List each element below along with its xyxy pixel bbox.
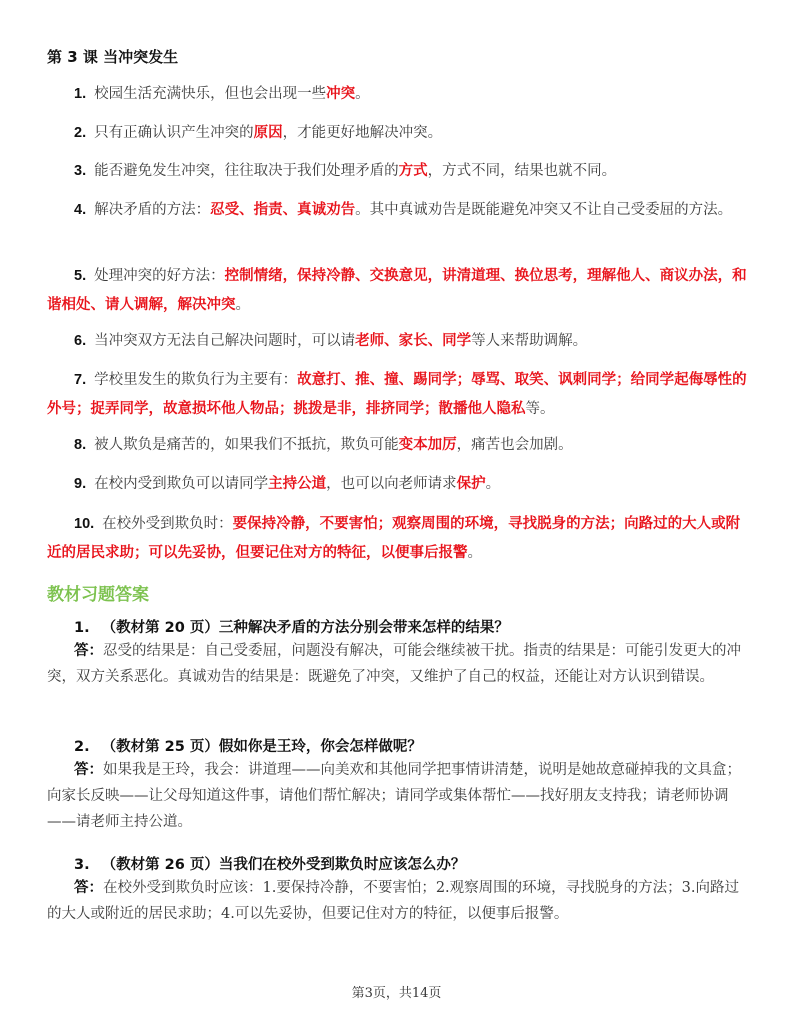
point-text: 只有正确认识产生冲突的 <box>94 125 254 141</box>
point-number: 3. <box>74 163 86 179</box>
point-number: 5. <box>74 268 86 284</box>
exercise-question-2: 2.（教材第 25 页）假如你是王玲，你会怎样做呢？ <box>74 735 754 756</box>
point-number: 2. <box>74 125 86 141</box>
answer-label: 答： <box>74 643 103 659</box>
point-text: 当冲突双方无法自己解决问题时，可以请 <box>94 333 355 349</box>
point-number: 8. <box>74 437 86 453</box>
point-text: ，也可以向老师请求 <box>326 476 457 492</box>
key-term: 变本加厉 <box>399 437 457 453</box>
point-3: 3.能否避免发生冲突，往往取决于我们处理矛盾的方式，方式不同，结果也就不同。 <box>47 157 747 186</box>
exercise-answer-1: 答：忍受的结果是：自己受委屈，问题没有解决，可能会继续被干扰。指责的结果是：可能… <box>47 638 752 690</box>
answer-text: 在校外受到欺负时应该：1.要保持冷静，不要害怕；2.观察周围的环境，寻找脱身的方… <box>47 880 739 922</box>
key-term: 方式 <box>399 163 428 179</box>
point-number: 6. <box>74 333 86 349</box>
point-text: 。 <box>355 86 370 102</box>
point-1: 1.校园生活充满快乐，但也会出现一些冲突。 <box>47 80 747 109</box>
point-number: 4. <box>74 202 86 218</box>
answer-label: 答： <box>74 880 103 896</box>
point-number: 9. <box>74 476 86 492</box>
point-text: 。其中真诚劝告是既能避免冲突又不让自己受委屈的方法。 <box>355 202 732 218</box>
point-text: ，才能更好地解决冲突。 <box>283 125 443 141</box>
point-text: 校园生活充满快乐，但也会出现一些 <box>94 86 326 102</box>
question-number: 3. <box>74 857 90 873</box>
question-text: （教材第 26 页）当我们在校外受到欺负时应该怎么办？ <box>102 857 466 873</box>
question-text: （教材第 25 页）假如你是王玲，你会怎样做呢？ <box>102 739 422 755</box>
exercise-answer-2: 答：如果我是王玲，我会：讲道理——向美欢和其他同学把事情讲清楚，说明是她故意碰掉… <box>47 757 752 835</box>
point-4: 4.解决矛盾的方法：忍受、指责、真诚劝告。其中真诚劝告是既能避免冲突又不让自己受… <box>47 196 747 225</box>
point-number: 7. <box>74 372 86 388</box>
point-7: 7.学校里发生的欺负行为主要有：故意打、推、撞、踢同学；辱骂、取笑、讽刺同学；给… <box>47 366 747 424</box>
key-term: 原因 <box>254 125 283 141</box>
key-term: 主持公道 <box>268 476 326 492</box>
point-text: 处理冲突的好方法： <box>94 268 225 284</box>
point-text: 学校里发生的欺负行为主要有： <box>94 372 297 388</box>
point-6: 6.当冲突双方无法自己解决问题时，可以请老师、家长、同学等人来帮助调解。 <box>47 327 747 356</box>
section-title-exercises: 教材习题答案 <box>47 580 149 605</box>
point-number: 1. <box>74 86 86 102</box>
point-text: 等。 <box>526 401 555 417</box>
page-number-footer: 第3页，共14页 <box>0 982 793 1001</box>
point-10: 10.在校外受到欺负时：要保持冷静，不要害怕；观察周围的环境，寻找脱身的方法；向… <box>47 510 747 568</box>
question-number: 1. <box>74 620 90 636</box>
point-text: ，痛苦也会加剧。 <box>457 437 573 453</box>
point-9: 9.在校内受到欺负可以请同学主持公道，也可以向老师请求保护。 <box>47 470 747 499</box>
question-number: 2. <box>74 739 90 755</box>
key-term: 老师、家长、同学 <box>355 333 471 349</box>
document-page: 第 3 课 当冲突发生 1.校园生活充满快乐，但也会出现一些冲突。 2.只有正确… <box>0 0 793 1024</box>
point-text: 在校外受到欺负时： <box>102 516 233 532</box>
point-2: 2.只有正确认识产生冲突的原因，才能更好地解决冲突。 <box>47 119 747 148</box>
answer-label: 答： <box>74 762 103 778</box>
key-term: 忍受、指责、真诚劝告 <box>210 202 355 218</box>
point-text: 等人来帮助调解。 <box>471 333 587 349</box>
question-text: （教材第 20 页）三种解决矛盾的方法分别会带来怎样的结果？ <box>102 620 509 636</box>
point-text: 被人欺负是痛苦的，如果我们不抵抗，欺负可能 <box>94 437 399 453</box>
exercise-question-3: 3.（教材第 26 页）当我们在校外受到欺负时应该怎么办？ <box>74 853 754 874</box>
point-text: 在校内受到欺负可以请同学 <box>94 476 268 492</box>
key-term: 保护 <box>457 476 486 492</box>
point-text: 解决矛盾的方法： <box>94 202 210 218</box>
point-5: 5.处理冲突的好方法：控制情绪，保持冷静、交换意见，讲清道理、换位思考，理解他人… <box>47 262 747 320</box>
point-text: 能否避免发生冲突，往往取决于我们处理矛盾的 <box>94 163 399 179</box>
point-number: 10. <box>74 516 94 532</box>
point-text: ，方式不同，结果也就不同。 <box>428 163 617 179</box>
key-term: 冲突 <box>326 86 355 102</box>
answer-text: 忍受的结果是：自己受委屈，问题没有解决，可能会继续被干扰。指责的结果是：可能引发… <box>47 643 741 685</box>
point-text: 。 <box>486 476 501 492</box>
point-8: 8.被人欺负是痛苦的，如果我们不抵抗，欺负可能变本加厉，痛苦也会加剧。 <box>47 431 747 460</box>
point-text: 。 <box>468 545 483 561</box>
answer-text: 如果我是王玲，我会：讲道理——向美欢和其他同学把事情讲清楚，说明是她故意碰掉我的… <box>47 762 741 830</box>
lesson-title: 第 3 课 当冲突发生 <box>47 46 178 67</box>
exercise-answer-3: 答：在校外受到欺负时应该：1.要保持冷静，不要害怕；2.观察周围的环境，寻找脱身… <box>47 875 752 927</box>
point-text: 。 <box>236 297 251 313</box>
exercise-question-1: 1.（教材第 20 页）三种解决矛盾的方法分别会带来怎样的结果？ <box>74 616 754 637</box>
